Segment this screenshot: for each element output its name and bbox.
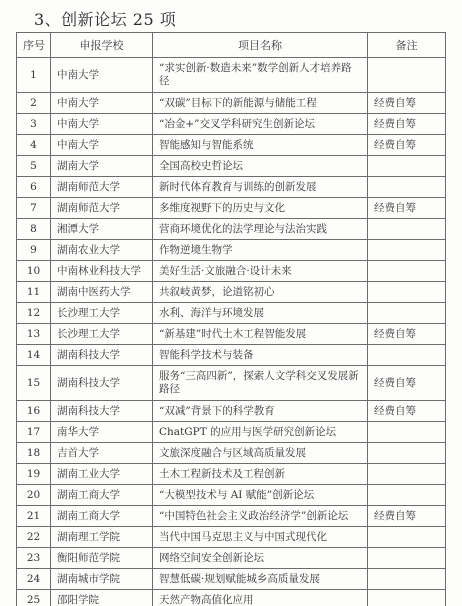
cell-seq: 12 xyxy=(17,303,51,324)
cell-project: “大模型技术与 AI 赋能”创新论坛 xyxy=(153,485,368,506)
cell-note: 经费自筹 xyxy=(368,401,446,422)
cell-project: 全国高校史哲论坛 xyxy=(153,156,368,177)
table-row: 19湖南工业大学土木工程新技术及工程创新 xyxy=(17,464,446,485)
cell-school: 湖南工业大学 xyxy=(51,464,153,485)
table-row: 8湘潭大学营商环境优化的法学理论与法治实践 xyxy=(17,219,446,240)
cell-project: 作物逆境生物学 xyxy=(153,240,368,261)
document-page: 3、创新论坛 25 项 序号 申报学校 项目名称 备注 1中南大学“求实创新·数… xyxy=(0,0,462,606)
cell-school: 吉首大学 xyxy=(51,443,153,464)
table-row: 12长沙理工大学水利、海洋与环境发展 xyxy=(17,303,446,324)
cell-note xyxy=(368,177,446,198)
cell-note: 经费自筹 xyxy=(368,93,446,114)
cell-seq: 14 xyxy=(17,345,51,366)
table-row: 6湖南师范大学新时代体育教育与训练的创新发展 xyxy=(17,177,446,198)
header-project: 项目名称 xyxy=(153,33,368,58)
cell-seq: 3 xyxy=(17,114,51,135)
cell-seq: 7 xyxy=(17,198,51,219)
cell-project: 营商环境优化的法学理论与法治实践 xyxy=(153,219,368,240)
cell-note xyxy=(368,443,446,464)
cell-school: 长沙理工大学 xyxy=(51,324,153,345)
table-row: 18吉首大学文旅深度融合与区域高质量发展 xyxy=(17,443,446,464)
cell-school: 湖南大学 xyxy=(51,156,153,177)
cell-school: 湖南科技大学 xyxy=(51,401,153,422)
cell-seq: 23 xyxy=(17,548,51,569)
table-row: 13长沙理工大学“新基建”时代土木工程智能发展经费自筹 xyxy=(17,324,446,345)
cell-school: 湖南中医药大学 xyxy=(51,282,153,303)
cell-note: 经费自筹 xyxy=(368,506,446,527)
cell-note xyxy=(368,422,446,443)
table-row: 7湖南师范大学多维度视野下的历史与文化经费自筹 xyxy=(17,198,446,219)
cell-note xyxy=(368,303,446,324)
cell-project: “双减”背景下的科学教育 xyxy=(153,401,368,422)
table-row: 15湖南科技大学服务“三高四新”，探索人文学科交叉发展新路径经费自筹 xyxy=(17,366,446,401)
table-row: 22湖南理工学院当代中国马克思主义与中国式现代化 xyxy=(17,527,446,548)
cell-project: 多维度视野下的历史与文化 xyxy=(153,198,368,219)
cell-school: 中南林业科技大学 xyxy=(51,261,153,282)
cell-seq: 17 xyxy=(17,422,51,443)
cell-seq: 9 xyxy=(17,240,51,261)
cell-seq: 16 xyxy=(17,401,51,422)
cell-project: 天然产物高值化应用 xyxy=(153,590,368,606)
cell-note xyxy=(368,527,446,548)
cell-project: 网络空间安全创新论坛 xyxy=(153,548,368,569)
table-row: 9湖南农业大学作物逆境生物学 xyxy=(17,240,446,261)
cell-school: 邵阳学院 xyxy=(51,590,153,606)
cell-note xyxy=(368,464,446,485)
cell-seq: 18 xyxy=(17,443,51,464)
table-row: 21湖南工商大学“中国特色社会主义政治经济学”创新论坛经费自筹 xyxy=(17,506,446,527)
cell-project: 文旅深度融合与区域高质量发展 xyxy=(153,443,368,464)
cell-project: “中国特色社会主义政治经济学”创新论坛 xyxy=(153,506,368,527)
cell-seq: 2 xyxy=(17,93,51,114)
cell-school: 湖南师范大学 xyxy=(51,198,153,219)
cell-school: 湖南师范大学 xyxy=(51,177,153,198)
cell-seq: 20 xyxy=(17,485,51,506)
cell-note xyxy=(368,548,446,569)
cell-school: 衡阳师范学院 xyxy=(51,548,153,569)
table-row: 25邵阳学院天然产物高值化应用 xyxy=(17,590,446,606)
cell-school: 中南大学 xyxy=(51,58,153,93)
table-header-row: 序号 申报学校 项目名称 备注 xyxy=(17,33,446,58)
cell-project: 智慧低碳·规划赋能城乡高质量发展 xyxy=(153,569,368,590)
cell-seq: 15 xyxy=(17,366,51,401)
table-row: 24湖南城市学院智慧低碳·规划赋能城乡高质量发展 xyxy=(17,569,446,590)
table-row: 14湖南科技大学智能科学技术与装备 xyxy=(17,345,446,366)
cell-note xyxy=(368,485,446,506)
cell-school: 湖南理工学院 xyxy=(51,527,153,548)
cell-note xyxy=(368,282,446,303)
cell-school: 湖南科技大学 xyxy=(51,366,153,401)
table-row: 4中南大学智能感知与智能系统经费自筹 xyxy=(17,135,446,156)
cell-school: 湖南科技大学 xyxy=(51,345,153,366)
header-note: 备注 xyxy=(368,33,446,58)
cell-seq: 1 xyxy=(17,58,51,93)
table-row: 11湖南中医药大学共叙岐黄梦，论道铭初心 xyxy=(17,282,446,303)
cell-school: 中南大学 xyxy=(51,135,153,156)
cell-note: 经费自筹 xyxy=(368,198,446,219)
cell-school: 南华大学 xyxy=(51,422,153,443)
cell-note xyxy=(368,261,446,282)
table-row: 2中南大学“双碳”目标下的新能源与储能工程经费自筹 xyxy=(17,93,446,114)
cell-note xyxy=(368,590,446,606)
cell-seq: 19 xyxy=(17,464,51,485)
cell-seq: 21 xyxy=(17,506,51,527)
cell-project: ChatGPT 的应用与医学研究创新论坛 xyxy=(153,422,368,443)
cell-seq: 4 xyxy=(17,135,51,156)
cell-project: 土木工程新技术及工程创新 xyxy=(153,464,368,485)
cell-project: “冶金+”交叉学科研究生创新论坛 xyxy=(153,114,368,135)
table-row: 17南华大学ChatGPT 的应用与医学研究创新论坛 xyxy=(17,422,446,443)
cell-seq: 25 xyxy=(17,590,51,606)
table-row: 20湖南工商大学“大模型技术与 AI 赋能”创新论坛 xyxy=(17,485,446,506)
cell-note: 经费自筹 xyxy=(368,135,446,156)
cell-seq: 5 xyxy=(17,156,51,177)
cell-note xyxy=(368,219,446,240)
header-school: 申报学校 xyxy=(51,33,153,58)
cell-project: 智能感知与智能系统 xyxy=(153,135,368,156)
cell-note xyxy=(368,240,446,261)
cell-seq: 8 xyxy=(17,219,51,240)
cell-school: 中南大学 xyxy=(51,93,153,114)
innovation-forum-table: 序号 申报学校 项目名称 备注 1中南大学“求实创新·数造未来”数学创新人才培养… xyxy=(16,32,446,606)
cell-seq: 24 xyxy=(17,569,51,590)
cell-note xyxy=(368,345,446,366)
cell-seq: 22 xyxy=(17,527,51,548)
cell-note: 经费自筹 xyxy=(368,366,446,401)
cell-project: “新基建”时代土木工程智能发展 xyxy=(153,324,368,345)
cell-school: 湘潭大学 xyxy=(51,219,153,240)
cell-project: “双碳”目标下的新能源与储能工程 xyxy=(153,93,368,114)
cell-note: 经费自筹 xyxy=(368,114,446,135)
cell-project: 服务“三高四新”，探索人文学科交叉发展新路径 xyxy=(153,366,368,401)
section-title: 3、创新论坛 25 项 xyxy=(34,7,176,30)
cell-school: 湖南城市学院 xyxy=(51,569,153,590)
table-row: 1中南大学“求实创新·数造未来”数学创新人才培养路径 xyxy=(17,58,446,93)
cell-note xyxy=(368,156,446,177)
cell-project: 水利、海洋与环境发展 xyxy=(153,303,368,324)
cell-project: 共叙岐黄梦，论道铭初心 xyxy=(153,282,368,303)
cell-seq: 6 xyxy=(17,177,51,198)
cell-school: 湖南农业大学 xyxy=(51,240,153,261)
cell-note xyxy=(368,569,446,590)
table-row: 3中南大学“冶金+”交叉学科研究生创新论坛经费自筹 xyxy=(17,114,446,135)
cell-project: 美好生活·文旅融合·设计未来 xyxy=(153,261,368,282)
cell-seq: 13 xyxy=(17,324,51,345)
table-row: 10中南林业科技大学美好生活·文旅融合·设计未来 xyxy=(17,261,446,282)
cell-note: 经费自筹 xyxy=(368,324,446,345)
table-row: 16湖南科技大学“双减”背景下的科学教育经费自筹 xyxy=(17,401,446,422)
cell-project: 智能科学技术与装备 xyxy=(153,345,368,366)
cell-note xyxy=(368,58,446,93)
cell-seq: 11 xyxy=(17,282,51,303)
cell-school: 长沙理工大学 xyxy=(51,303,153,324)
cell-school: 湖南工商大学 xyxy=(51,506,153,527)
cell-school: 中南大学 xyxy=(51,114,153,135)
table-row: 5湖南大学全国高校史哲论坛 xyxy=(17,156,446,177)
header-seq: 序号 xyxy=(17,33,51,58)
cell-project: 新时代体育教育与训练的创新发展 xyxy=(153,177,368,198)
cell-project: 当代中国马克思主义与中国式现代化 xyxy=(153,527,368,548)
cell-project: “求实创新·数造未来”数学创新人才培养路径 xyxy=(153,58,368,93)
cell-school: 湖南工商大学 xyxy=(51,485,153,506)
table-row: 23衡阳师范学院网络空间安全创新论坛 xyxy=(17,548,446,569)
table-body: 1中南大学“求实创新·数造未来”数学创新人才培养路径2中南大学“双碳”目标下的新… xyxy=(17,58,446,606)
cell-seq: 10 xyxy=(17,261,51,282)
